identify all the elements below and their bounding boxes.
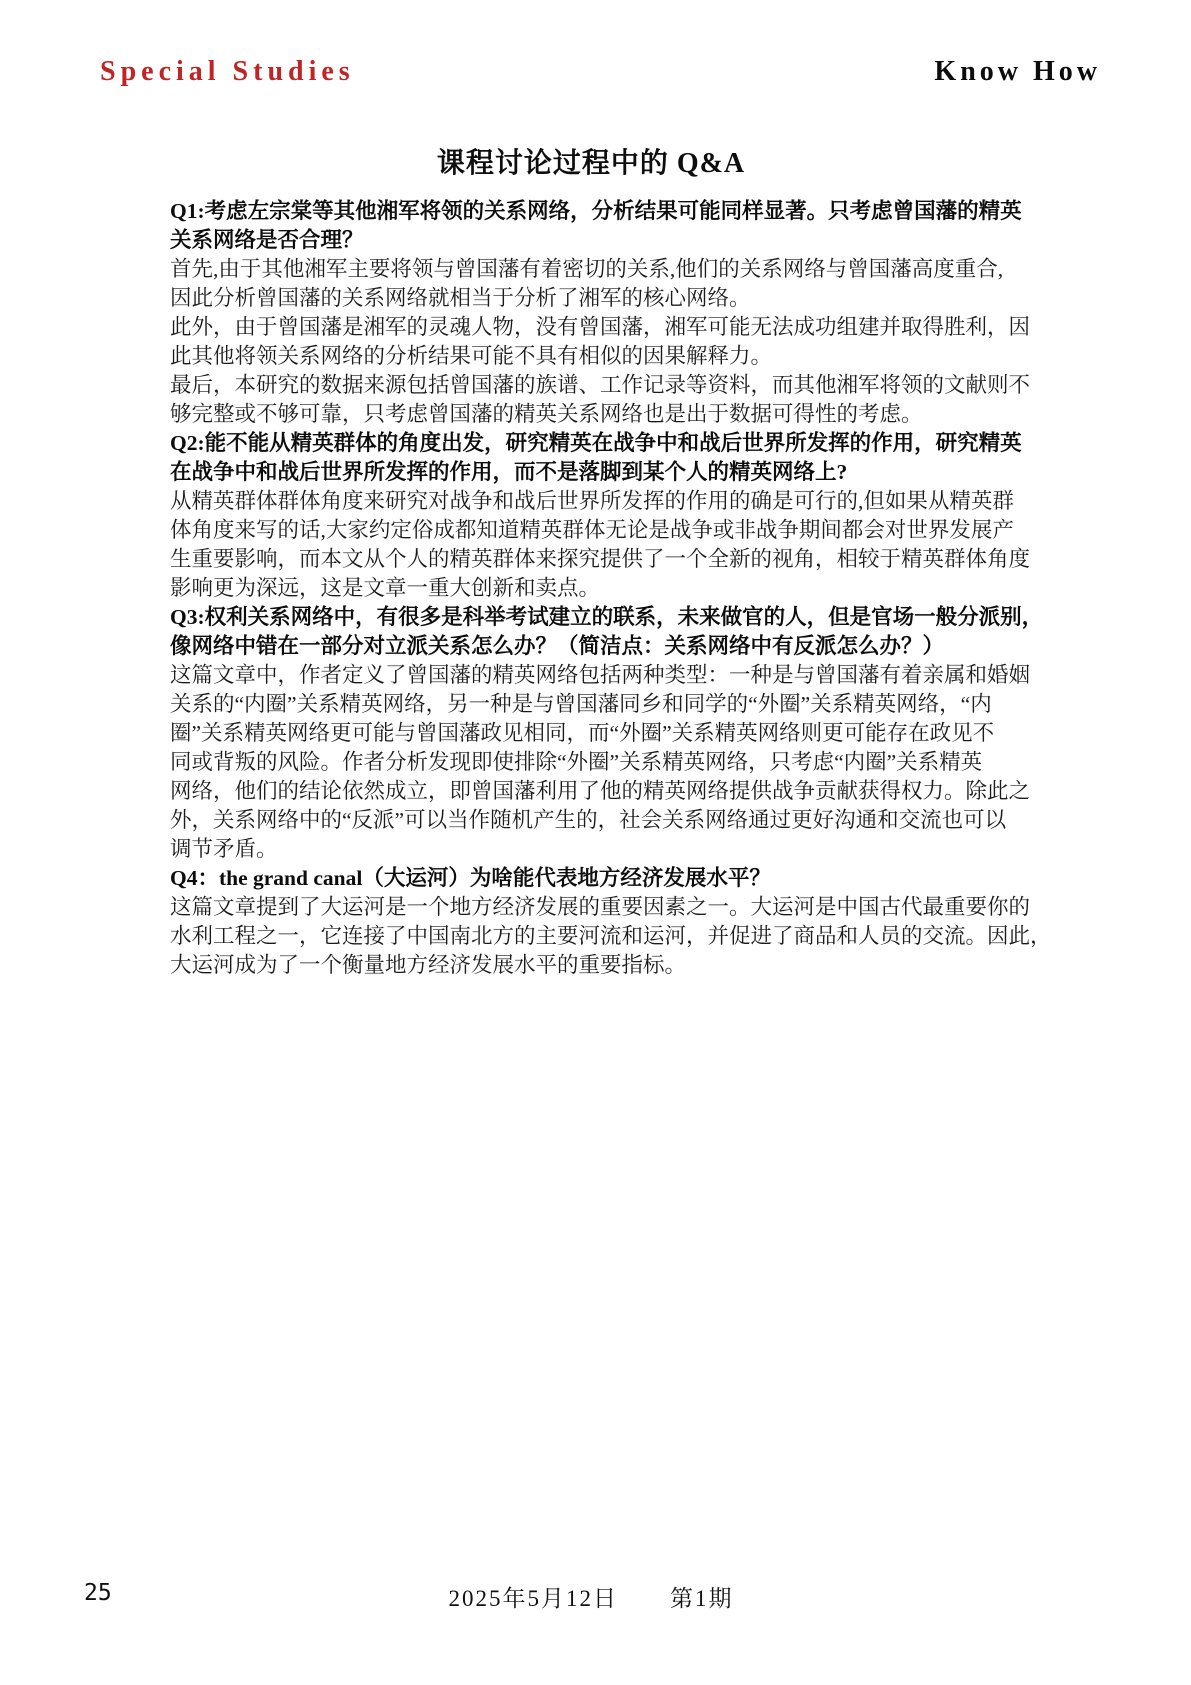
text-line: 这篇文章提到了大运河是一个地方经济发展的重要因素之一。大运河是中国古代最重要你的 (170, 893, 1030, 922)
header-brand-right: Know How (934, 56, 1101, 88)
text-line: Q3:权利关系网络中，有很多是科举考试建立的联系，未来做官的人，但是官场一般分派… (170, 603, 1030, 632)
text-line: 体角度来写的话,大家约定俗成都知道精英群体无论是战争或非战争期间都会对世界发展产 (170, 516, 1030, 545)
text-line: 同或背叛的风险。作者分析发现即使排除“外圈”关系精英网络，只考虑“内圈”关系精英 (170, 748, 1030, 777)
text-line: 首先,由于其他湘军主要将领与曾国藩有着密切的关系,他们的关系网络与曾国藩高度重合… (170, 255, 1030, 284)
qa-answer-block: 这篇文章中，作者定义了曾国藩的精英网络包括两种类型：一种是与曾国藩有着亲属和婚姻… (170, 661, 1030, 864)
page-title: 课程讨论过程中的 Q&A (170, 141, 1012, 181)
qa-question-block: Q2:能不能从精英群体的角度出发，研究精英在战争中和战后世界所发挥的作用，研究精… (170, 429, 1030, 487)
text-line: Q2:能不能从精英群体的角度出发，研究精英在战争中和战后世界所发挥的作用，研究精… (170, 429, 1030, 458)
text-line: 像网络中错在一部分对立派关系怎么办？（简洁点：关系网络中有反派怎么办？） (170, 632, 1030, 661)
text-line: 在战争中和战后世界所发挥的作用，而不是落脚到某个人的精英网络上? (170, 458, 1030, 487)
header-brand-left: Special Studies (100, 56, 355, 88)
text-line: 水利工程之一，它连接了中国南北方的主要河流和运河，并促进了商品和人员的交流。因此… (170, 922, 1030, 951)
text-line: 调节矛盾。 (170, 835, 1030, 864)
text-line: 此外，由于曾国藩是湘军的灵魂人物，没有曾国藩，湘军可能无法成功组建并取得胜利，因 (170, 313, 1030, 342)
text-line: 从精英群体群体角度来研究对战争和战后世界所发挥的作用的确是可行的,但如果从精英群 (170, 487, 1030, 516)
text-line: 最后，本研究的数据来源包括曾国藩的族谱、工作记录等资料，而其他湘军将领的文献则不 (170, 371, 1030, 400)
qa-question-block: Q4：the grand canal（大运河）为啥能代表地方经济发展水平？ (170, 864, 1030, 893)
text-line: 影响更为深远，这是文章一重大创新和卖点。 (170, 574, 1030, 603)
text-line: 生重要影响，而本文从个人的精英群体来探究提供了一个全新的视角，相较于精英群体角度 (170, 545, 1030, 574)
qa-answer-block: 从精英群体群体角度来研究对战争和战后世界所发挥的作用的确是可行的,但如果从精英群… (170, 487, 1030, 603)
text-line: 大运河成为了一个衡量地方经济发展水平的重要指标。 (170, 951, 1030, 980)
text-line: 圈”关系精英网络更可能与曾国藩政见相同，而“外圈”关系精英网络则更可能存在政见不 (170, 719, 1030, 748)
footer-date: 2025年5月12日 (449, 1586, 619, 1611)
qa-answer-block: 首先,由于其他湘军主要将领与曾国藩有着密切的关系,他们的关系网络与曾国藩高度重合… (170, 255, 1030, 313)
text-line: 因此分析曾国藩的关系网络就相当于分析了湘军的核心网络。 (170, 284, 1030, 313)
qa-answer-block: 此外，由于曾国藩是湘军的灵魂人物，没有曾国藩，湘军可能无法成功组建并取得胜利，因… (170, 313, 1030, 371)
footer-page-number: 25 (84, 1580, 112, 1606)
qa-answer-block: 这篇文章提到了大运河是一个地方经济发展的重要因素之一。大运河是中国古代最重要你的… (170, 893, 1030, 980)
text-line: Q4：the grand canal（大运河）为啥能代表地方经济发展水平？ (170, 864, 1030, 893)
qa-content: Q1:考虑左宗棠等其他湘军将领的关系网络，分析结果可能同样显著。只考虑曾国藩的精… (170, 197, 1030, 980)
text-line: 外，关系网络中的“反派”可以当作随机产生的，社会关系网络通过更好沟通和交流也可以 (170, 806, 1030, 835)
footer-issue: 第1期 (670, 1586, 734, 1611)
text-line: Q1:考虑左宗棠等其他湘军将领的关系网络，分析结果可能同样显著。只考虑曾国藩的精… (170, 197, 1030, 226)
qa-question-block: Q1:考虑左宗棠等其他湘军将领的关系网络，分析结果可能同样显著。只考虑曾国藩的精… (170, 197, 1030, 255)
qa-answer-block: 最后，本研究的数据来源包括曾国藩的族谱、工作记录等资料，而其他湘军将领的文献则不… (170, 371, 1030, 429)
text-line: 此其他将领关系网络的分析结果可能不具有相似的因果解释力。 (170, 342, 1030, 371)
footer-issue-info: 2025年5月12日第1期 (170, 1580, 1012, 1613)
text-line: 关系网络是否合理？ (170, 226, 1030, 255)
page-header: Special Studies Know How (100, 56, 1101, 88)
text-line: 够完整或不够可靠，只考虑曾国藩的精英关系网络也是出于数据可得性的考虑。 (170, 400, 1030, 429)
text-line: 关系的“内圈”关系精英网络，另一种是与曾国藩同乡和同学的“外圈”关系精英网络，“… (170, 690, 1030, 719)
qa-question-block: Q3:权利关系网络中，有很多是科举考试建立的联系，未来做官的人，但是官场一般分派… (170, 603, 1030, 661)
text-line: 这篇文章中，作者定义了曾国藩的精英网络包括两种类型：一种是与曾国藩有着亲属和婚姻 (170, 661, 1030, 690)
document-page: Special Studies Know How 课程讨论过程中的 Q&A Q1… (0, 0, 1191, 1685)
text-line: 网络，他们的结论依然成立，即曾国藩利用了他的精英网络提供战争贡献获得权力。除此之 (170, 777, 1030, 806)
